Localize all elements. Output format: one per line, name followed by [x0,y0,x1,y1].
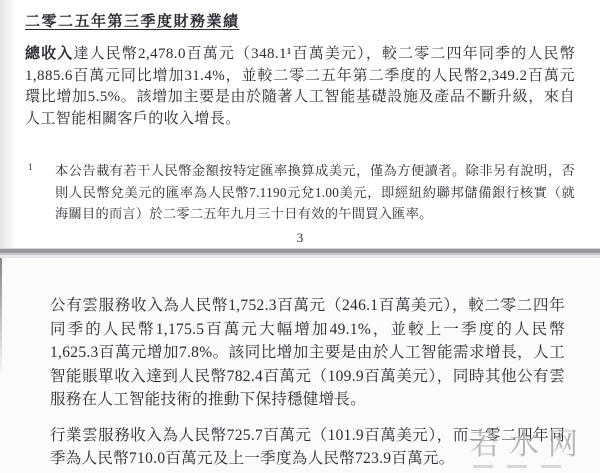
public-cloud-paragraph: 公有雲服務收入為人民幣1,752.3百萬元（246.1百萬美元），較二零二四年同… [50,294,565,412]
page-4: 公有雲服務收入為人民幣1,752.3百萬元（246.1百萬美元），較二零二四年同… [0,258,600,473]
footnote: 1 本公告載有若干人民幣金額按特定匯率換算成美元，僅為方便讀者。除非另有說明，否… [25,160,575,225]
paragraph-body: 達人民幣2,478.0百萬元（348.1¹百萬美元），較二零二四年同季的人民幣1… [25,46,575,127]
page-3: 二零二五年第三季度財務業績 總收入達人民幣2,478.0百萬元（348.1¹百萬… [0,0,600,248]
industry-cloud-paragraph: 行業雲服務收入為人民幣725.7百萬元（101.9百萬美元），而二零二四年同季為… [50,424,565,471]
footnote-text: 本公告載有若干人民幣金額按特定匯率換算成美元，僅為方便讀者。除非另有說明，否則人… [55,160,575,225]
footnote-marker: 1 [28,162,33,172]
page-edge-line [0,258,2,378]
document-viewer: 二零二五年第三季度財務業績 總收入達人民幣2,478.0百萬元（348.1¹百萬… [0,0,600,473]
page-number: 3 [25,230,575,246]
section-title: 二零二五年第三季度財務業績 [25,10,575,31]
footnote-marker-column: 1 [25,160,55,225]
total-revenue-paragraph: 總收入達人民幣2,478.0百萬元（348.1¹百萬美元），較二零二四年同季的人… [25,44,575,130]
page-edge-shadow [0,0,16,248]
page-divider [0,248,600,258]
paragraph-lead: 總收入 [25,46,73,62]
